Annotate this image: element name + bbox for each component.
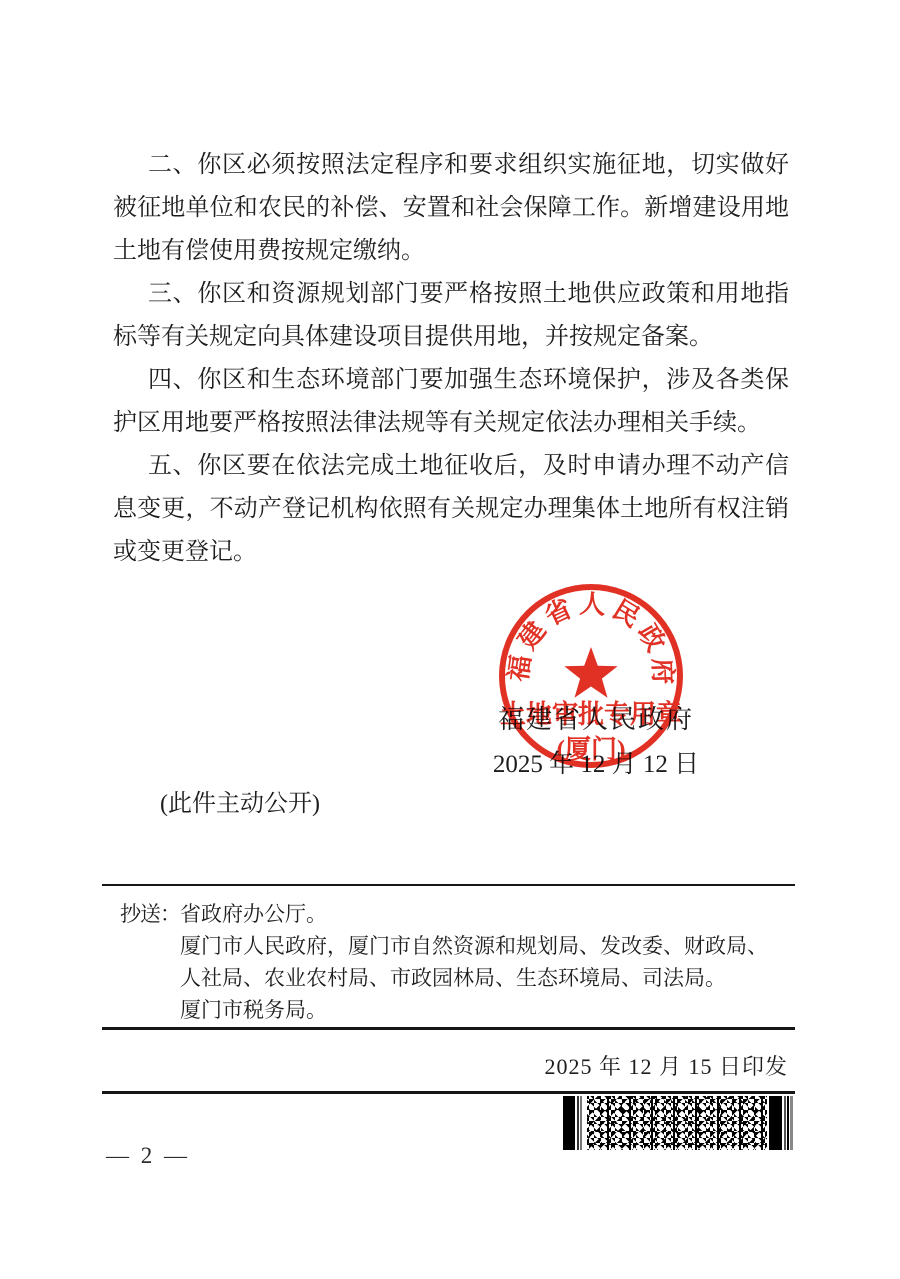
cc-line: 省政府办公厅。 — [180, 898, 795, 930]
paragraph-2: 二、你区必须按照法定程序和要求组织实施征地，切实做好被征地单位和农民的补偿、安置… — [113, 144, 789, 273]
seal-band-text: 土地审批专用章 — [500, 699, 682, 729]
barcode-noise — [587, 1096, 767, 1150]
barcode-right-cap — [767, 1096, 793, 1150]
document-barcode — [563, 1096, 793, 1150]
cc-line: 厦门市人民政府，厦门市自然资源和规划局、发改委、财政局、 — [180, 930, 795, 962]
disclosure-note: (此件主动公开) — [160, 783, 320, 818]
star-icon — [564, 647, 617, 698]
cc-label: 抄送： — [120, 898, 180, 1026]
paragraph-4: 四、你区和生态环境部门要加强生态环境保护，涉及各类保护区用地要严格按照法律法规等… — [113, 359, 789, 445]
cc-line: 人社局、农业农村局、市政园林局、生态环境局、司法局。 — [180, 962, 795, 994]
cc-line: 厦门市税务局。 — [180, 994, 795, 1026]
cc-bottom-rule — [102, 1027, 795, 1030]
document-page: 二、你区必须按照法定程序和要求组织实施征地，切实做好被征地单位和农民的补偿、安置… — [0, 0, 900, 1279]
document-body: 二、你区必须按照法定程序和要求组织实施征地，切实做好被征地单位和农民的补偿、安置… — [113, 144, 789, 574]
cc-section: 抄送： 省政府办公厅。 厦门市人民政府，厦门市自然资源和规划局、发改委、财政局、… — [120, 898, 795, 1026]
barcode-left-cap — [563, 1096, 587, 1150]
cc-lines: 省政府办公厅。 厦门市人民政府，厦门市自然资源和规划局、发改委、财政局、 人社局… — [180, 898, 795, 1026]
page-number: — 2 — — [106, 1143, 190, 1169]
paragraph-3: 三、你区和资源规划部门要严格按照土地供应政策和用地指标等有关规定向具体建设项目提… — [113, 273, 789, 359]
cc-top-rule — [102, 884, 795, 886]
paragraph-5: 五、你区要在依法完成土地征收后，及时申请办理不动产信息变更，不动产登记机构依照有… — [113, 445, 789, 574]
footer-rule — [102, 1091, 795, 1094]
official-seal: 福建省人民政府 土地审批专用章 (厦门) — [491, 576, 691, 776]
print-date: 2025 年 12 月 15 日印发 — [544, 1050, 788, 1081]
seal-region-text: (厦门) — [556, 734, 625, 764]
